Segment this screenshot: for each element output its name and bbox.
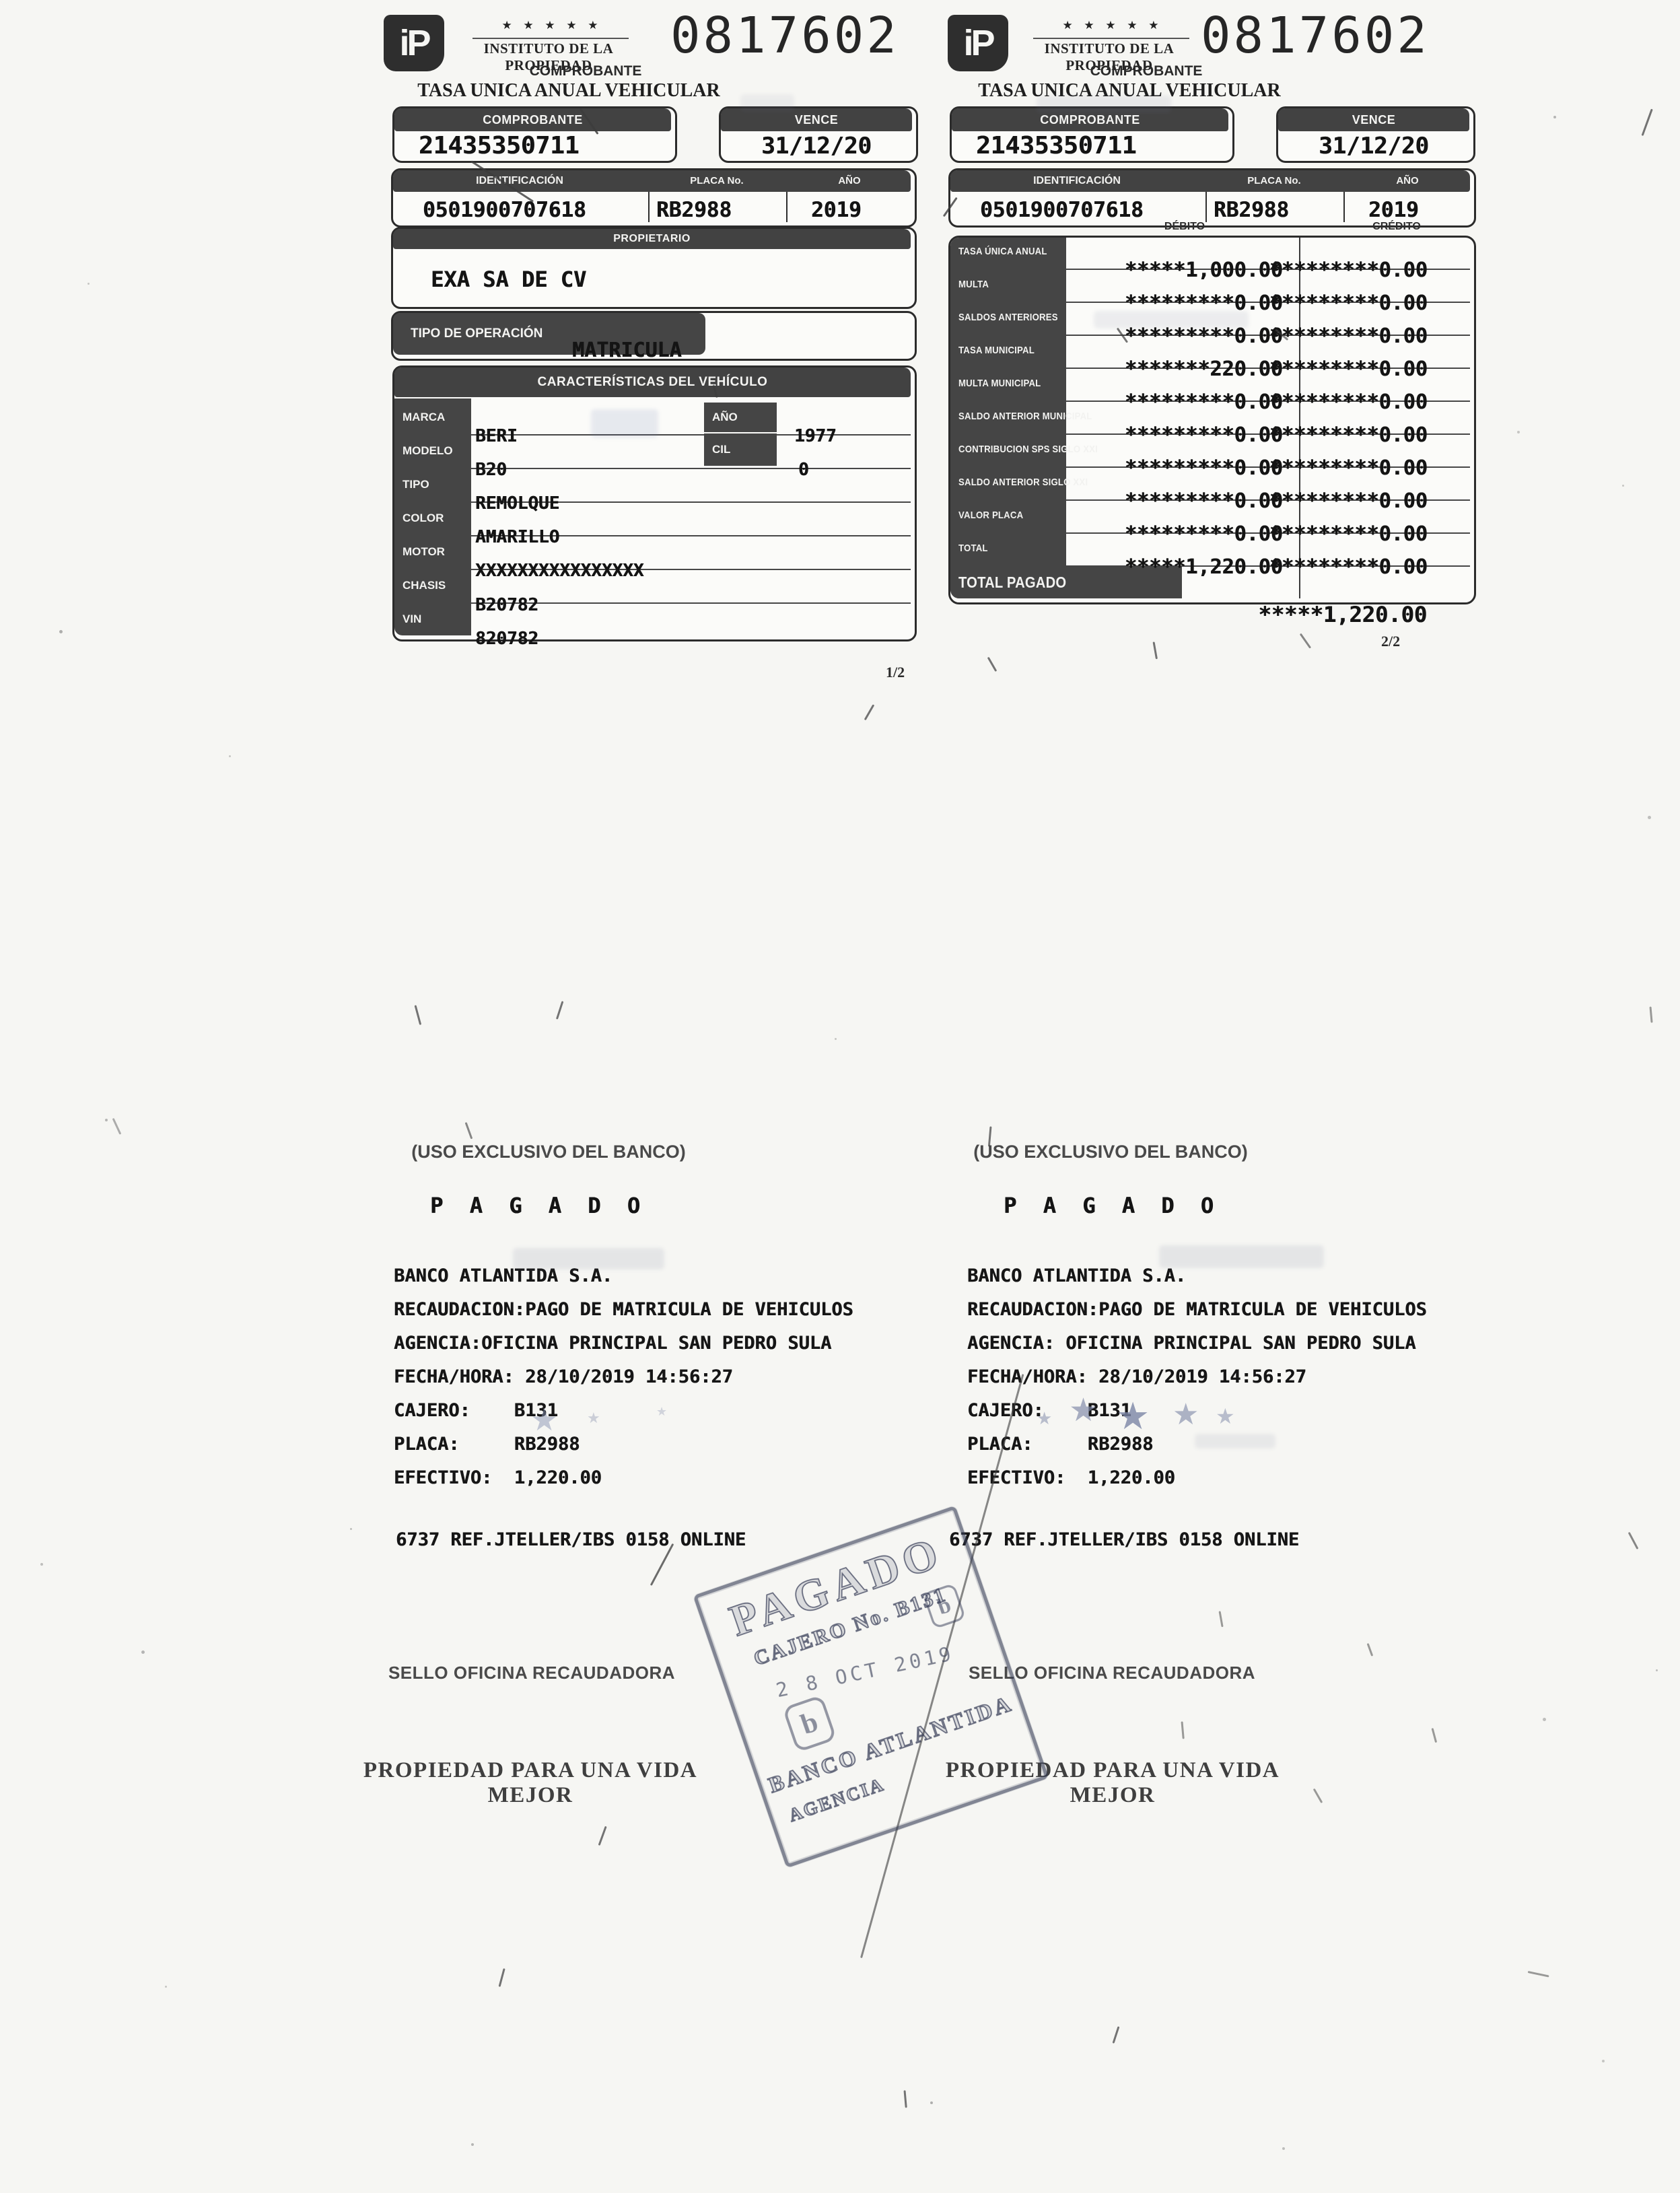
page-indicator-left: 1/2: [886, 664, 905, 681]
vin-label: VIN: [403, 613, 421, 626]
recaudacion-line: RECAUDACION:PAGO DE MATRICULA DE VEHICUL…: [394, 1299, 853, 1320]
debit-value: *********0.00: [1125, 291, 1282, 315]
credit-value: *********0.00: [1269, 324, 1427, 348]
uso-exclusivo-heading: (USO EXCLUSIVO DEL BANCO): [380, 1142, 717, 1162]
vence-box-label: VENCE: [1278, 108, 1469, 131]
credit-value: *********0.00: [1269, 456, 1427, 480]
bank-b-logo-icon: b: [782, 1694, 837, 1752]
debit-value: *****1,000.00: [1125, 258, 1282, 282]
credit-value: *********0.00: [1269, 555, 1427, 579]
chasis-label: CHASIS: [403, 579, 446, 592]
comprobante-box-label: COMPROBANTE: [394, 108, 671, 131]
pagado-heading: P A G A D O: [370, 1193, 707, 1218]
caracteristicas-title: CARACTERÍSTICAS DEL VEHÍCULO: [394, 368, 911, 397]
marca-label: MARCA: [403, 411, 445, 424]
modelo-label: MODELO: [403, 444, 453, 458]
watermark-star-icon: ★: [1172, 1400, 1199, 1430]
teller-ref-line: 6737 REF.JTELLER/IBS 0158 ONLINE: [949, 1529, 1299, 1550]
identificacion-label: IDENTIFICACIÓN: [419, 175, 621, 187]
vence-value: 31/12/20: [1283, 133, 1465, 160]
column-divider: [648, 192, 650, 222]
ano-label: AÑO: [782, 175, 917, 186]
ano-cell-label: AÑO: [704, 403, 777, 432]
charge-row-label: MULTA MUNICIPAL: [958, 378, 1041, 389]
stars-row: ★ ★ ★ ★ ★: [1032, 19, 1193, 32]
ano-cell-value: 1977: [794, 426, 837, 446]
debit-value: *********0.00: [1125, 522, 1282, 546]
comprobante-value: 21435350711: [419, 132, 579, 160]
efectivo-line: EFECTIVO: 1,220.00: [394, 1467, 602, 1488]
ano-value: 2019: [811, 198, 862, 222]
credit-value: *********0.00: [1269, 390, 1427, 414]
credit-value: *********0.00: [1269, 522, 1427, 546]
placa-value: RB2988: [656, 198, 732, 222]
charge-row-label: SALDO ANTERIOR MUNICIPAL: [958, 411, 1092, 422]
color-label: COLOR: [403, 512, 444, 525]
watermark-star-icon: ★: [1037, 1409, 1052, 1427]
receipt-number: 0817602: [1201, 7, 1444, 65]
propietario-label: PROPIETARIO: [393, 229, 911, 249]
pagado-heading: P A G A D O: [944, 1193, 1280, 1218]
watermark-star-icon: ★: [1069, 1395, 1098, 1427]
debit-value: *********0.00: [1125, 390, 1282, 414]
placa-value: RB2988: [1214, 198, 1289, 222]
tipo-operacion-value: MATRICULA: [572, 339, 682, 362]
ip-logo-icon: iP: [948, 15, 1008, 71]
recaudacion-line: RECAUDACION:PAGO DE MATRICULA DE VEHICUL…: [967, 1299, 1427, 1320]
column-divider: [1343, 192, 1345, 222]
cil-cell-label: CIL: [704, 433, 777, 466]
identificacion-label: IDENTIFICACIÓN: [976, 175, 1178, 187]
bank-name-line: BANCO ATLANTIDA S.A.: [967, 1265, 1186, 1286]
debit-value: *********0.00: [1125, 324, 1282, 348]
motor-label: MOTOR: [403, 545, 445, 559]
fecha-hora-line: FECHA/HORA: 28/10/2019 14:56:27: [967, 1366, 1306, 1387]
fecha-hora-line: FECHA/HORA: 28/10/2019 14:56:27: [394, 1366, 733, 1387]
debit-value: *****1,220.00: [1125, 555, 1282, 579]
column-divider: [1205, 192, 1207, 222]
divider: [1033, 38, 1189, 39]
debit-value: *********0.00: [1125, 423, 1282, 447]
agencia-line: AGENCIA:OFICINA PRINCIPAL SAN PEDRO SULA: [394, 1333, 831, 1354]
debit-value: *********0.00: [1125, 489, 1282, 513]
uso-exclusivo-heading: (USO EXCLUSIVO DEL BANCO): [942, 1142, 1279, 1162]
vence-value: 31/12/20: [726, 133, 907, 160]
scanned-receipt-page: iP ★ ★ ★ ★ ★ INSTITUTO DE LA PROPIEDAD C…: [0, 0, 1680, 2193]
debito-header: DÉBITO: [1117, 221, 1252, 233]
motor-value: XXXXXXXXXXXXXXXX: [475, 561, 643, 581]
color-value: AMARILLO: [475, 527, 559, 547]
ano-value: 2019: [1368, 198, 1419, 222]
comprobante-heading: COMPROBANTE: [1079, 63, 1214, 79]
ano-label: AÑO: [1340, 175, 1475, 186]
receipt-title: TASA UNICA ANUAL VEHICULAR: [400, 80, 737, 102]
propietario-value: EXA SA DE CV: [431, 267, 586, 292]
placa-label: PLACA No.: [650, 175, 784, 186]
page-indicator-right: 2/2: [1381, 633, 1400, 650]
teller-ref-line: 6737 REF.JTELLER/IBS 0158 ONLINE: [396, 1529, 746, 1550]
placa-label: PLACA No.: [1207, 175, 1341, 186]
credit-value: *********0.00: [1269, 423, 1427, 447]
total-pagado-label: TOTAL PAGADO: [958, 573, 1066, 592]
watermark-star-icon: ★: [530, 1404, 558, 1435]
total-pagado-value: *****1,220.00: [1257, 602, 1427, 627]
charge-row-label: VALOR PLACA: [958, 510, 1023, 521]
vence-box-label: VENCE: [721, 108, 912, 131]
modelo-value: B20: [475, 460, 507, 480]
comprobante-value: 21435350711: [976, 132, 1136, 160]
identificacion-value: 0501900707618: [980, 198, 1144, 222]
vin-value: 820782: [475, 629, 538, 649]
watermark-star-icon: ★: [1216, 1405, 1235, 1427]
watermark-star-icon: ★: [656, 1405, 667, 1418]
charge-row-label: SALDO ANTERIOR SIGLO XXI: [958, 477, 1088, 488]
tipo-value: REMOLQUE: [475, 493, 559, 514]
watermark-star-icon: ★: [587, 1411, 600, 1426]
charge-row-label: TASA ÚNICA ANUAL: [958, 246, 1047, 257]
pagado-rubber-stamp: PAGADO CAJERO No. B131 2 8 OCT 2019 b b …: [693, 1506, 1049, 1869]
chasis-value: B20782: [475, 595, 538, 615]
credit-value: *********0.00: [1269, 291, 1427, 315]
debit-value: *********0.00: [1125, 456, 1282, 480]
efectivo-line: EFECTIVO: 1,220.00: [967, 1467, 1175, 1488]
charge-row-label: SALDOS ANTERIORES: [958, 312, 1058, 323]
credit-value: *********0.00: [1269, 489, 1427, 513]
tipo-label: TIPO: [403, 478, 429, 491]
charge-row-label: TASA MUNICIPAL: [958, 345, 1035, 356]
agencia-line: AGENCIA: OFICINA PRINCIPAL SAN PEDRO SUL…: [967, 1333, 1415, 1354]
credit-value: *********0.00: [1269, 357, 1427, 381]
cil-cell-value: 0: [798, 460, 809, 480]
watermark-star-icon: ★: [1116, 1397, 1150, 1435]
ip-logo-icon: iP: [384, 15, 444, 71]
charge-row-label: TOTAL: [958, 543, 988, 554]
comprobante-heading: COMPROBANTE: [518, 63, 653, 79]
charge-row-label: CONTRIBUCION SPS SIGLO XXI: [958, 444, 1098, 455]
debit-value: *******220.00: [1125, 357, 1282, 381]
credit-value: *********0.00: [1269, 258, 1427, 282]
identificacion-value: 0501900707618: [423, 198, 586, 222]
receipt-number: 0817602: [670, 7, 914, 65]
sello-heading: SELLO OFICINA RECAUDADORA: [363, 1663, 700, 1683]
charge-row-label: MULTA: [958, 279, 989, 290]
divider: [473, 38, 629, 39]
slogan: PROPIEDAD PARA UNA VIDA MEJOR: [328, 1758, 732, 1808]
credito-header: CRÉDITO: [1329, 221, 1464, 233]
column-divider: [786, 192, 788, 222]
stars-row: ★ ★ ★ ★ ★: [471, 19, 633, 32]
marca-value: BERI: [475, 426, 518, 446]
